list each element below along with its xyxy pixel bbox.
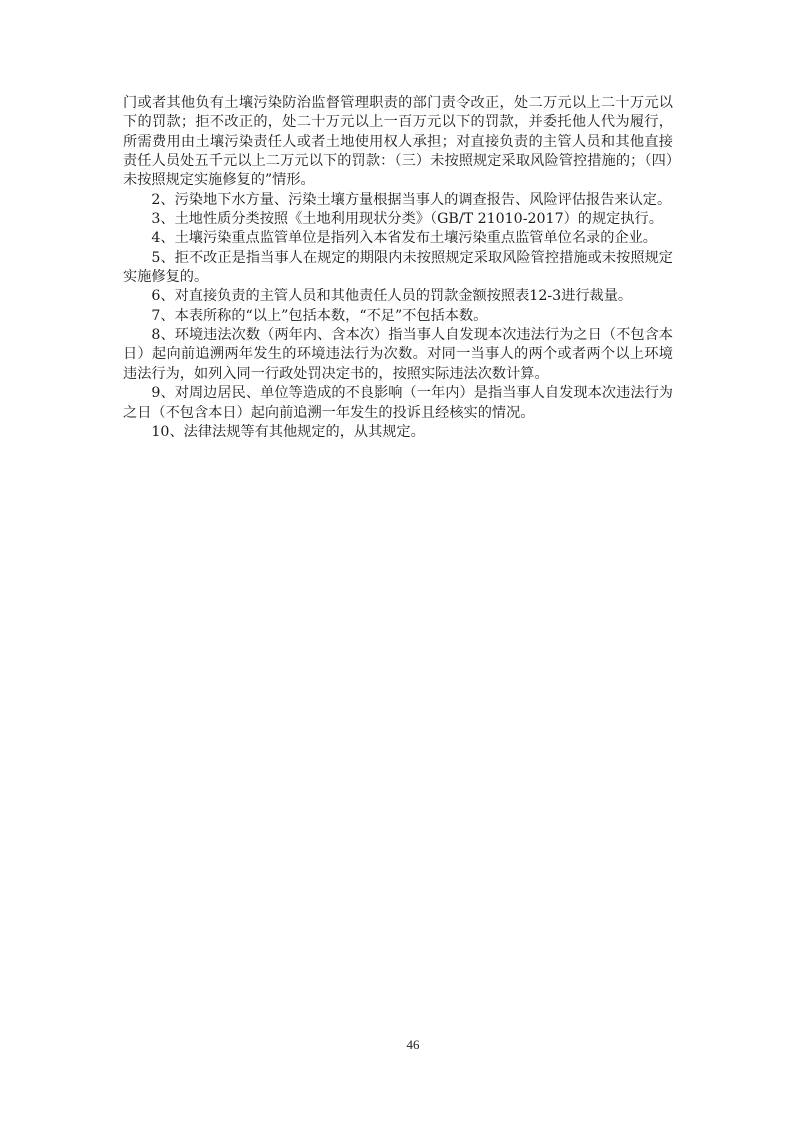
continuation-paragraph: 门或者其他负有土壤污染防治监督管理职责的部门责令改正，处二万元以上二十万元以下的… [123, 94, 673, 191]
document-page: 门或者其他负有土壤污染防治监督管理职责的部门责令改正，处二万元以上二十万元以下的… [0, 0, 793, 1122]
note-item: 6、对直接负责的主管人员和其他责任人员的罚款金额按照表12-3进行裁量。 [123, 287, 673, 306]
note-item: 5、拒不改正是指当事人在规定的期限内未按照规定采取风险管控措施或未按照规定实施修… [123, 249, 673, 288]
note-item: 3、土地性质分类按照《土地利用现状分类》（GB/T 21010-2017）的规定… [123, 210, 673, 229]
note-item: 2、污染地下水方量、污染土壤方量根据当事人的调查报告、风险评估报告来认定。 [123, 191, 673, 210]
page-number: 46 [0, 1037, 793, 1053]
note-item: 8、环境违法次数（两年内、含本次）指当事人自发现本次违法行为之日（不包含本日）起… [123, 326, 673, 384]
page-body: 门或者其他负有土壤污染防治监督管理职责的部门责令改正，处二万元以上二十万元以下的… [123, 94, 673, 442]
note-item: 9、对周边居民、单位等造成的不良影响（一年内）是指当事人自发现本次违法行为之日（… [123, 384, 673, 423]
note-item: 10、法律法规等有其他规定的，从其规定。 [123, 423, 673, 442]
note-item: 4、土壤污染重点监管单位是指列入本省发布土壤污染重点监管单位名录的企业。 [123, 229, 673, 248]
note-item: 7、本表所称的“以上”包括本数，“不足”不包括本数。 [123, 307, 673, 326]
